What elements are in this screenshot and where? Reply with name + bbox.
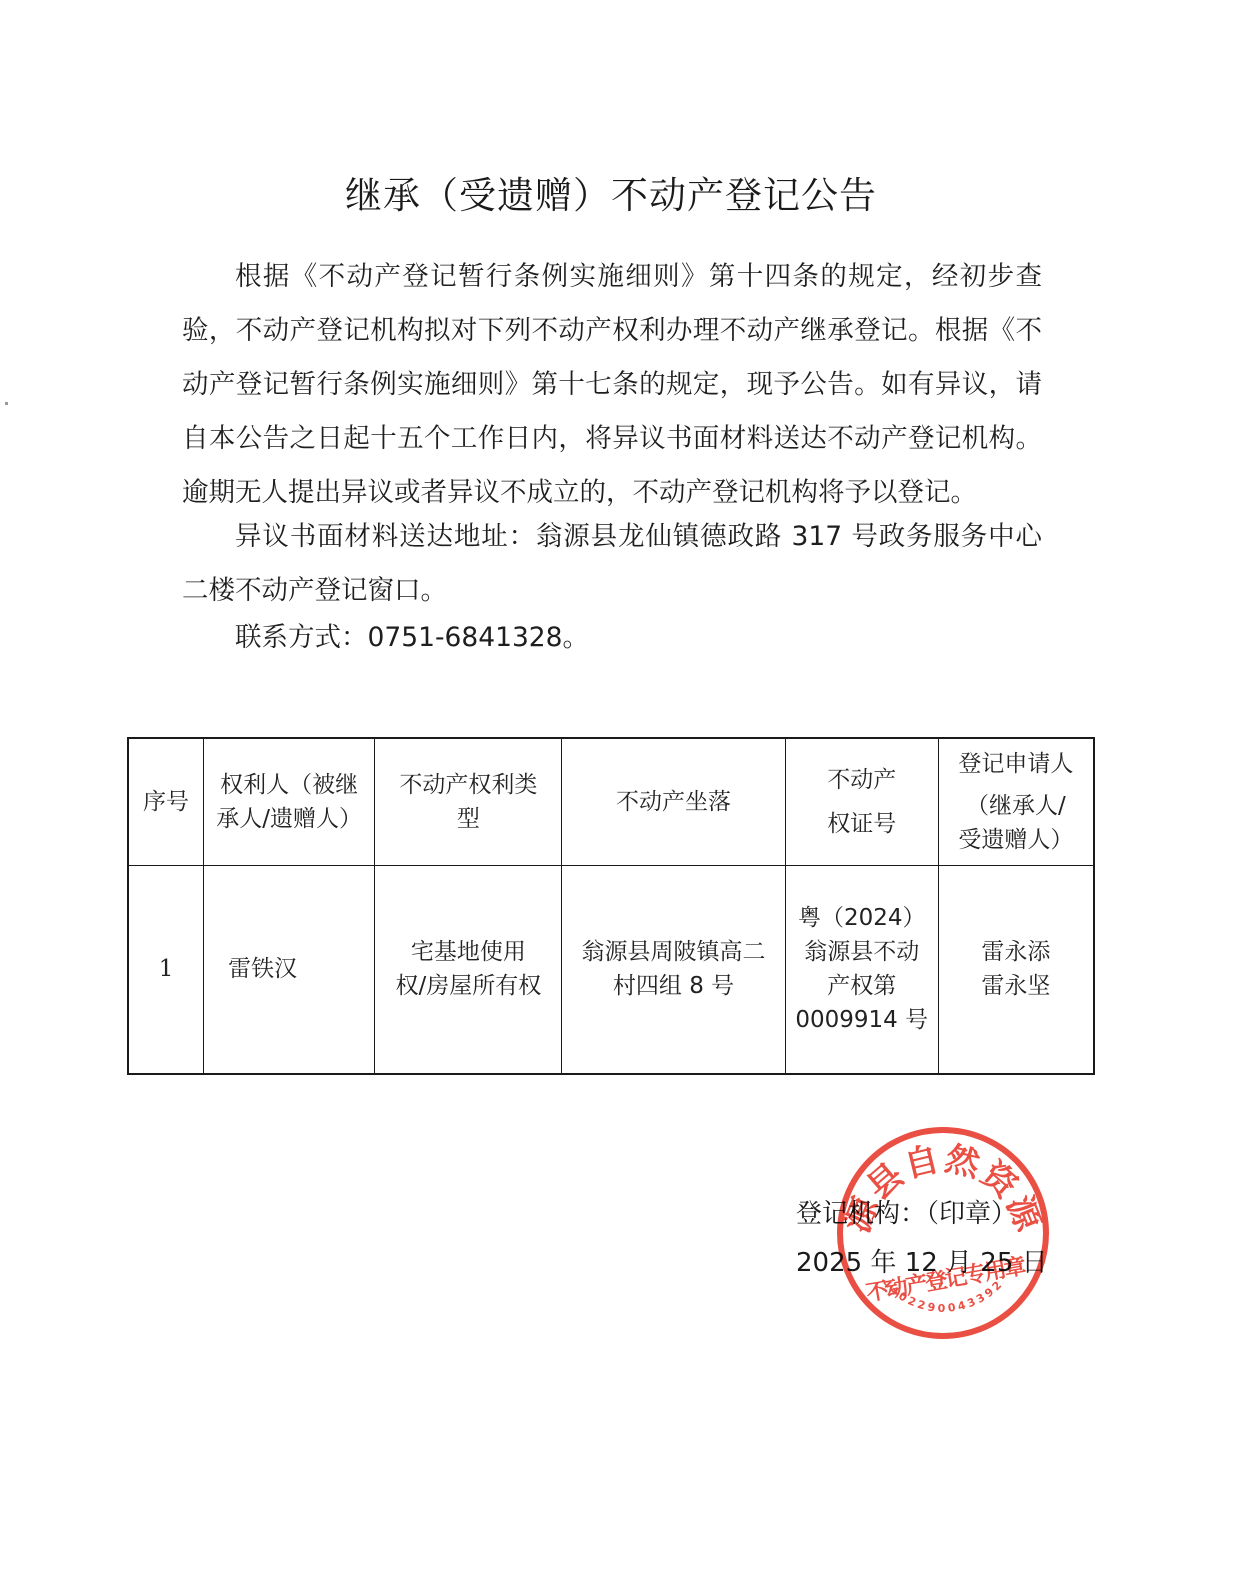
- header-holder: 权利人（被继 承人/遗赠人）: [204, 738, 375, 865]
- header-holder-line: 承人/遗赠人）: [212, 802, 366, 836]
- header-certificate-line: 不动产: [794, 763, 930, 797]
- official-seal: 翁源县自然资源局 4402290043392 不动产登记专用章: [837, 1127, 1049, 1339]
- cell-applicant-name: 雷永坚: [947, 969, 1085, 1003]
- cell-right-type-line: 宅基地使用: [383, 935, 553, 969]
- header-holder-line: 权利人（被继: [212, 768, 366, 802]
- contact-paragraph: 联系方式：0751-6841328。: [182, 611, 1042, 665]
- cell-right-type: 宅基地使用 权/房屋所有权: [375, 865, 562, 1074]
- cell-right-type-line: 权/房屋所有权: [383, 969, 553, 1003]
- header-right-type-line: 不动产权利类: [383, 768, 553, 802]
- cell-seq: 1: [128, 865, 204, 1074]
- header-certificate: 不动产 权证号: [785, 738, 938, 865]
- seal-outer-text: 翁源县自然资源局: [837, 1127, 1049, 1239]
- header-right-type-line: 型: [383, 802, 553, 836]
- table-row: 1 雷铁汉 宅基地使用 权/房屋所有权 翁源县周陂镇高二 村四组 8 号 粤（2…: [128, 865, 1094, 1074]
- notice-paragraph-main: 根据《不动产登记暂行条例实施细则》第十四条的规定，经初步查验，不动产登记机构拟对…: [182, 250, 1042, 520]
- svg-text:翁源县自然资源局: 翁源县自然资源局: [837, 1127, 1049, 1239]
- table-header-row: 序号 权利人（被继 承人/遗赠人） 不动产权利类 型 不动产坐落 不动产 权证号…: [128, 738, 1094, 865]
- cell-location-line: 翁源县周陂镇高二: [570, 935, 776, 969]
- scan-artifact: [5, 402, 8, 405]
- cell-applicants: 雷永添 雷永坚: [938, 865, 1094, 1074]
- header-seq: 序号: [128, 738, 204, 865]
- registration-table: 序号 权利人（被继 承人/遗赠人） 不动产权利类 型 不动产坐落 不动产 权证号…: [127, 737, 1095, 1075]
- header-applicant-line: （继承人/: [947, 789, 1085, 823]
- header-applicant: 登记申请人 （继承人/ 受遗赠人）: [938, 738, 1094, 865]
- cell-certificate-line: 产权第: [794, 969, 930, 1003]
- objection-address-paragraph: 异议书面材料送达地址：翁源县龙仙镇德政路 317 号政务服务中心二楼不动产登记窗…: [182, 510, 1042, 618]
- cell-certificate-line: 0009914 号: [794, 1003, 930, 1037]
- page-title: 继承（受遗赠）不动产登记公告: [0, 165, 1222, 219]
- header-certificate-line: 权证号: [794, 807, 930, 841]
- cell-holder: 雷铁汉: [204, 865, 375, 1074]
- cell-certificate-line: 翁源县不动: [794, 935, 930, 969]
- header-right-type: 不动产权利类 型: [375, 738, 562, 865]
- cell-certificate: 粤（2024） 翁源县不动 产权第 0009914 号: [785, 865, 938, 1074]
- cell-applicant-name: 雷永添: [947, 935, 1085, 969]
- cell-location-line: 村四组 8 号: [570, 969, 776, 1003]
- header-location: 不动产坐落: [562, 738, 785, 865]
- cell-location: 翁源县周陂镇高二 村四组 8 号: [562, 865, 785, 1074]
- header-applicant-line: 受遗赠人）: [947, 823, 1085, 857]
- header-applicant-line: 登记申请人: [947, 747, 1085, 781]
- cell-certificate-line: 粤（2024）: [794, 901, 930, 935]
